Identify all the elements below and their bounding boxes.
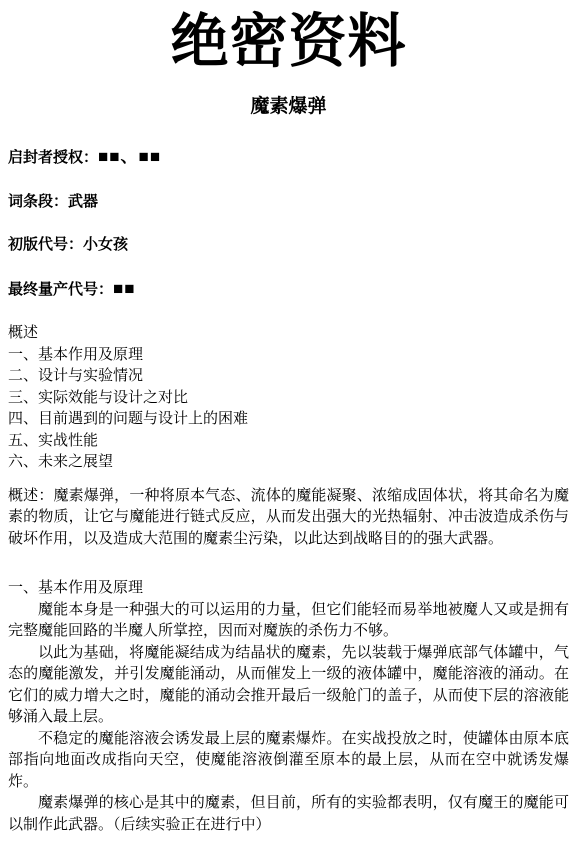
overview-label: 概述： bbox=[8, 487, 54, 504]
body-paragraph-1: 魔能本身是一种强大的可以运用的力量，但它们能轻而易举地被魔人又或是拥有完整魔能回… bbox=[8, 599, 569, 642]
meta-label: 启封者授权： bbox=[8, 149, 98, 166]
meta-label: 初版代号： bbox=[8, 236, 83, 253]
toc-item-5: 五、实战性能 bbox=[8, 430, 569, 452]
overview-text: 魔素爆弹，一种将原本气态、流体的魔能凝聚、浓缩成固体状，将其命名为魔素的物质，让… bbox=[8, 487, 569, 547]
toc-item-4: 四、目前遇到的问题与设计上的困难 bbox=[8, 408, 569, 430]
meta-value: 小女孩 bbox=[83, 236, 128, 253]
toc-item-3: 三、实际效能与设计之对比 bbox=[8, 387, 569, 409]
meta-line-unseal-authorization: 启封者授权：■■、■■ bbox=[8, 146, 569, 169]
overview-paragraph: 概述：魔素爆弹，一种将原本气态、流体的魔能凝聚、浓缩成固体状，将其命名为魔素的物… bbox=[8, 485, 569, 550]
meta-label: 词条段： bbox=[8, 193, 68, 210]
meta-line-production-codename: 最终量产代号：■■ bbox=[8, 278, 569, 301]
meta-line-initial-codename: 初版代号：小女孩 bbox=[8, 234, 569, 256]
body-paragraph-4: 魔素爆弹的核心是其中的魔素，但目前，所有的实验都表明，仅有魔王的魔能可以制作此武… bbox=[8, 792, 569, 835]
table-of-contents: 概述 一、基本作用及原理 二、设计与实验情况 三、实际效能与设计之对比 四、目前… bbox=[8, 322, 569, 473]
document-title: 绝密资料 bbox=[8, 12, 569, 72]
body-paragraph-3: 不稳定的魔能溶液会诱发最上层的魔素爆炸。在实战投放之时，使罐体由原本底部指向地面… bbox=[8, 728, 569, 793]
body-paragraph-2: 以此为基础，将魔能凝结成为结晶状的魔素，先以装载于爆弹底部气体罐中，气态的魔能激… bbox=[8, 642, 569, 728]
meta-line-entry-category: 词条段：武器 bbox=[8, 191, 569, 213]
section-heading: 一、基本作用及原理 bbox=[8, 577, 569, 599]
toc-item-2: 二、设计与实验情况 bbox=[8, 365, 569, 387]
section-basic-function-and-principle: 一、基本作用及原理 魔能本身是一种强大的可以运用的力量，但它们能轻而易举地被魔人… bbox=[8, 577, 569, 835]
meta-value: 武器 bbox=[68, 193, 98, 210]
meta-label: 最终量产代号： bbox=[8, 281, 113, 298]
metadata-block: 启封者授权：■■、■■ 词条段：武器 初版代号：小女孩 最终量产代号：■■ bbox=[8, 146, 569, 300]
document-subtitle: 魔素爆弹 bbox=[8, 94, 569, 120]
redacted-value: ■■、■■ bbox=[98, 147, 161, 166]
toc-item-6: 六、未来之展望 bbox=[8, 451, 569, 473]
toc-item-1: 一、基本作用及原理 bbox=[8, 344, 569, 366]
document-page: 绝密资料 魔素爆弹 启封者授权：■■、■■ 词条段：武器 初版代号：小女孩 最终… bbox=[8, 12, 569, 835]
redacted-value: ■■ bbox=[113, 279, 136, 298]
toc-heading: 概述 bbox=[8, 322, 569, 344]
